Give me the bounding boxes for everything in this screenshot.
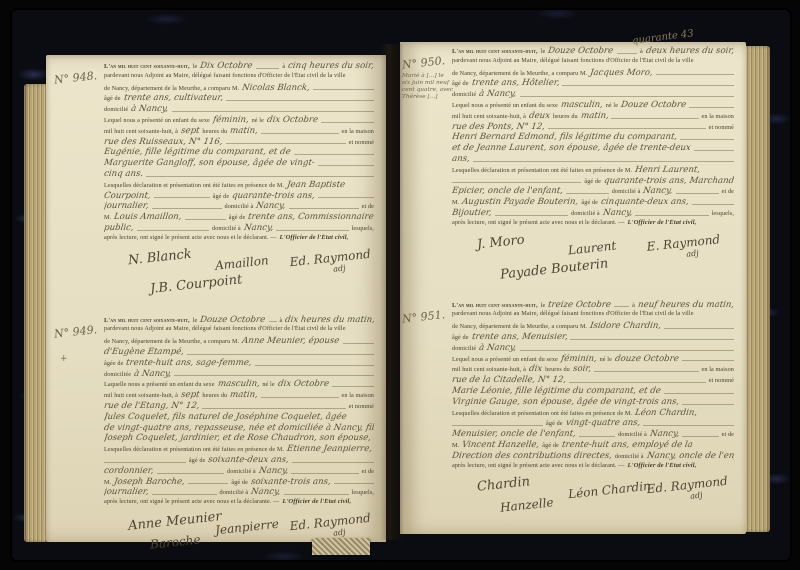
form-line: cinq ans. — [104, 169, 374, 180]
ruled-line — [682, 436, 718, 437]
ruled-line — [157, 473, 224, 474]
ruled-line — [570, 339, 734, 340]
printed-text: et de — [362, 468, 374, 475]
handwritten-text: matin, — [230, 126, 259, 136]
handwritten-text: Courpoint, — [104, 191, 151, 201]
form-line: ans, — [452, 154, 734, 165]
printed-text: et nommé — [709, 377, 734, 384]
ruled-line — [318, 165, 374, 166]
record-margin: N° 949. + — [46, 315, 104, 368]
handwritten-text: cordonnier, — [104, 466, 154, 476]
printed-text: Lesquelles déclaration et présentation o… — [104, 182, 284, 189]
handwritten-text: Henri Laurent, — [634, 165, 700, 175]
handwritten-text: Douze Octobre — [200, 315, 267, 325]
birth-record-949: N° 949. + L'an mil huit cent soixante-hu… — [46, 315, 386, 553]
form-line: rue des Ruisseaux, N° 116,et nommé — [104, 137, 374, 148]
printed-text: âgé de — [104, 95, 121, 102]
handwritten-text: Henri Bernard Edmond, fils légitime du c… — [452, 132, 678, 142]
handwritten-text: Nancy, — [251, 487, 282, 497]
handwritten-text: à Nancy, — [133, 369, 172, 379]
handwritten-text: et de Jeanne Laurent, son épouse, âgée d… — [452, 143, 691, 153]
signature: N. Blanck — [128, 246, 193, 268]
printed-text: Lequel nous a présenté un enfant du sexe — [452, 356, 558, 363]
handwritten-text: matin, — [230, 390, 259, 400]
printed-text: après lecture, ont signé le présent acte… — [452, 462, 625, 469]
ruled-line — [566, 193, 609, 194]
ruled-line — [680, 139, 734, 140]
record-lines: L'an mil huit cent soixante-huit,leDix O… — [104, 61, 374, 245]
ruled-line — [269, 321, 277, 322]
handwritten-text: Jean Baptiste — [286, 180, 345, 190]
printed-text: de Nancy, département de la Meurthe, a c… — [104, 85, 239, 92]
record-body: L'an mil huit cent soixante-huit,letreiz… — [452, 300, 746, 517]
record-lines: L'an mil huit cent soixante-huit,leDouze… — [452, 46, 734, 230]
ruled-line — [152, 208, 222, 209]
printed-text: après lecture, ont signé le présent acte… — [452, 219, 625, 226]
printed-text: âgé de — [229, 214, 246, 221]
signature-block: ChardinLéon ChardinEd. RaymondadjHanzell… — [452, 474, 734, 516]
handwritten-text: à Nancy, — [131, 104, 170, 114]
form-line: Lequel nous a présenté un enfant du sexe… — [452, 354, 734, 365]
signature: Anne Meunier — [128, 509, 223, 534]
handwritten-text: Léon Chardin, — [634, 408, 697, 418]
printed-text: L'an mil huit cent soixante-huit, — [104, 317, 190, 324]
printed-text: M. — [452, 199, 459, 206]
printed-text: né le — [600, 356, 612, 363]
form-line: mil huit cent soixante-huit, àseptheures… — [104, 126, 374, 137]
handwritten-text: Bijoutier, — [452, 208, 492, 218]
printed-text: à — [632, 302, 635, 309]
ruled-line — [255, 365, 374, 366]
handwritten-text: Marguerite Gangloff, son épouse, âgée de… — [104, 158, 315, 168]
handwritten-text: Douze Octobre — [548, 46, 615, 56]
handwritten-text: Nancy, — [256, 201, 287, 211]
printed-text: âgé de — [584, 178, 601, 185]
handwritten-text: soixante-deux ans, — [208, 455, 290, 465]
signature: Laurent — [567, 238, 616, 257]
ruled-line — [452, 182, 581, 183]
printed-text: L'Officier de l'État civil, — [282, 498, 351, 505]
ruled-line — [676, 193, 719, 194]
form-line: Joseph Coquelet, jardinier, et de Rose C… — [104, 433, 374, 444]
ruled-line — [289, 208, 359, 209]
handwritten-text: cinq heures du soir, — [287, 61, 374, 71]
ruled-line — [174, 375, 374, 376]
signature: Léon Chardin — [567, 479, 651, 502]
form-line: âgé detrente ans, cultivateur, — [104, 93, 374, 104]
handwritten-text: masculin, — [560, 100, 603, 110]
handwritten-text: Virginie Gauge, son épouse, âgée de ving… — [452, 397, 680, 407]
handwritten-text: Épicier, oncle de l'enfant, — [452, 186, 564, 196]
printed-text: de Nancy, département de la Meurthe, a c… — [104, 338, 239, 345]
form-line: rue de l'Étang, N° 12,et nommé — [104, 401, 374, 412]
form-line: domiciliéà Nancy, — [452, 343, 734, 354]
handwritten-text: Nancy, — [258, 466, 289, 476]
form-line: âgé desoixante-deux ans, — [104, 455, 374, 466]
ruled-line — [202, 408, 345, 409]
handwritten-text: douze Octobre — [614, 354, 679, 364]
handwritten-text: trente ans, Hôtelier, — [471, 78, 560, 88]
printed-text: âgé de — [452, 80, 469, 87]
ruled-line — [562, 85, 734, 86]
printed-text: mil huit cent soixante-huit, à — [104, 392, 178, 399]
printed-text: domicilié à — [227, 468, 256, 475]
printed-text: lesquels, — [712, 210, 734, 217]
printed-text: âgé de — [581, 199, 598, 206]
form-line: Lesquelles déclaration et présentation o… — [104, 180, 374, 191]
form-line: pardevant nous Adjoint au Maire, délégué… — [104, 325, 374, 336]
printed-text: né le — [606, 102, 618, 109]
ruled-line — [292, 462, 374, 463]
ruled-line — [187, 354, 374, 355]
handwritten-text: cinquante-deux ans, — [600, 197, 689, 207]
form-line: Jules Coquelet, fils naturel de Joséphin… — [104, 412, 374, 423]
ruled-line — [664, 328, 734, 329]
ruled-line — [473, 161, 734, 162]
handwritten-text: Jacques Moro, — [590, 68, 654, 78]
printed-text: Laquelle nous a présenté un enfant du se… — [104, 381, 215, 388]
ruled-line — [256, 68, 280, 69]
printed-text: le — [193, 63, 198, 70]
printed-text: mil huit cent soixante-huit, à — [452, 113, 526, 120]
ruled-line — [188, 483, 228, 484]
ruled-line — [261, 397, 339, 398]
page-edges-left — [24, 84, 46, 542]
handwritten-text: rue de la Citadelle, N° 12, — [452, 375, 567, 385]
birth-record-951: N° 951. L'an mil huit cent soixante-huit… — [400, 300, 746, 517]
birth-record-950: N° 950. Marié à [...] lesix juin mil neu… — [400, 46, 746, 290]
handwritten-text: public, — [104, 223, 134, 233]
form-line: L'an mil huit cent soixante-huit,leDouze… — [104, 315, 374, 326]
ruled-line — [313, 89, 374, 90]
ruled-line — [579, 436, 615, 437]
handwritten-text: de vingt-quatre ans, repasseuse, née et … — [104, 423, 374, 433]
printed-text: pardevant nous Adjoint au Maire, délégué… — [104, 72, 346, 79]
form-line: après lecture, ont signé le présent acte… — [452, 462, 734, 473]
signature: Hanzelle — [499, 496, 554, 516]
ruled-line — [520, 350, 734, 351]
form-line: mil huit cent soixante-huit, àdixheures … — [452, 364, 734, 375]
printed-text: domicilié à — [220, 489, 249, 496]
form-line: domiciliéà Nancy, — [104, 104, 374, 115]
printed-text: le — [541, 302, 546, 309]
handwritten-text: deux — [528, 111, 550, 121]
handwritten-text: Eugénie, fille légitime du comparant, et… — [104, 147, 291, 157]
handwritten-text: dix Octobre — [277, 379, 329, 389]
ruled-line — [154, 197, 210, 198]
form-line: L'an mil huit cent soixante-huit,letreiz… — [452, 300, 734, 311]
printed-text: domicilié à — [212, 225, 241, 232]
handwritten-text: deux heures du soir, — [645, 46, 734, 56]
margin-annotation: Marié à [...] lesix juin mil neufcent qu… — [402, 73, 452, 101]
ruled-line — [664, 393, 734, 394]
handwritten-text: Joseph Coquelet, jardinier, et de Rose C… — [104, 433, 374, 443]
printed-text: L'Officier de l'État civil, — [628, 219, 697, 226]
printed-text: après lecture, ont signé le présent acte… — [104, 234, 277, 241]
signature: Ed. Raymondadj — [646, 474, 729, 505]
handwritten-text: féminin, — [560, 354, 597, 364]
form-line: après lecture, ont signé le présent acte… — [104, 234, 374, 245]
record-number: N° 950. — [401, 53, 452, 71]
record-lines: L'an mil huit cent soixante-huit,letreiz… — [452, 300, 734, 473]
register-page-left: N° 948. L'an mil huit cent soixante-huit… — [46, 55, 386, 542]
ruled-line — [520, 96, 734, 97]
handwritten-text: Nancy, — [243, 223, 274, 233]
handwritten-text: Nicolas Blanck, — [242, 83, 311, 93]
printed-text: Lequel nous a présenté un enfant du sexe — [104, 117, 210, 124]
printed-text: domicilié à — [618, 431, 647, 438]
printed-text: Lesquelles déclaration et présentation o… — [104, 446, 284, 453]
printed-text: de Nancy, département de la Meurthe, a c… — [452, 323, 587, 330]
handwritten-text: Jules Coquelet, fils naturel de Joséphin… — [104, 412, 347, 422]
ruled-line — [452, 425, 543, 426]
form-line: âgé devingt-quatre ans, — [452, 418, 734, 429]
ruled-line — [152, 494, 217, 495]
ruled-line — [548, 128, 706, 129]
form-line: de Nancy, département de la Meurthe, a c… — [452, 68, 734, 79]
printed-text: âgé de — [213, 193, 230, 200]
printed-text: lesquels, — [352, 489, 374, 496]
handwritten-text: Isidore Chardin, — [590, 321, 662, 331]
printed-text: domicilié à — [615, 453, 644, 460]
printed-text: lesquels, — [352, 225, 374, 232]
ruled-line — [318, 197, 374, 198]
record-body: L'an mil huit cent soixante-huit,leDouze… — [452, 46, 746, 290]
printed-text: né le — [262, 381, 274, 388]
ruled-line — [635, 215, 708, 216]
printed-text: en la maison — [702, 366, 734, 373]
handwritten-text: dix heures du matin, — [285, 315, 374, 325]
handwritten-text: Nancy, — [649, 429, 680, 439]
form-line: de Nancy, département de la Meurthe, a c… — [104, 336, 374, 347]
form-line: Marie Léonie, fille légitime du comparan… — [452, 386, 734, 397]
handwritten-text: Étienne Jeanpierre, — [286, 444, 372, 454]
form-line: journalier,domicilié àNancy,lesquels, — [104, 487, 374, 498]
signature-block: J. MoroLaurentE. RaymondadjPayade Bouter… — [452, 232, 734, 290]
form-line: rue de la Citadelle, N° 12,et nommé — [452, 375, 734, 386]
handwritten-text: féminin, — [212, 115, 249, 125]
form-line: âgée detrente-huit ans, sage-femme, — [104, 358, 374, 369]
handwritten-text: rue de l'Étang, N° 12, — [104, 401, 200, 411]
printed-text: pardevant nous Adjoint au Maire, délégué… — [452, 57, 694, 64]
ruled-line — [291, 473, 358, 474]
ruled-line — [146, 176, 374, 177]
handwritten-text: trente ans, cultivateur, — [123, 93, 224, 103]
printed-text: en la maison — [342, 128, 374, 135]
printed-text: âgée de — [104, 360, 123, 367]
handwritten-text: soir, — [572, 364, 592, 374]
handwritten-text: matin, — [580, 111, 609, 121]
ruled-line — [495, 215, 568, 216]
signature-subscript: adj — [299, 259, 381, 276]
ruled-line — [185, 219, 226, 220]
signature: Payade Bouterin — [499, 256, 609, 282]
handwritten-text: Nancy, — [643, 186, 674, 196]
handwritten-text: dix Octobre — [266, 115, 318, 125]
form-line: Lesquelles déclaration et présentation o… — [452, 408, 734, 419]
handwritten-text: Joseph Baroche, — [114, 477, 186, 487]
bookmark-ribbon — [312, 538, 370, 555]
ruled-line — [284, 494, 349, 495]
handwritten-text: d'Eugène Étampé, — [104, 347, 185, 357]
form-line: mil huit cent soixante-huit, àdeuxheures… — [452, 111, 734, 122]
printed-text: le — [193, 317, 198, 324]
ruled-line — [294, 154, 374, 155]
printed-text: âgé de — [231, 479, 248, 486]
signature: J.B. Courpoint — [149, 272, 242, 297]
margin-annotation-line: Thérèse [...] — [402, 94, 452, 101]
printed-text: M. — [104, 479, 111, 486]
printed-text: en la maison — [702, 113, 734, 120]
ruled-line — [694, 150, 734, 151]
ruled-line — [137, 230, 209, 231]
form-line: pardevant nous Adjoint au Maire, délégué… — [452, 310, 734, 321]
handwritten-text: sept — [180, 126, 200, 136]
ruled-line — [172, 111, 374, 112]
record-number: N° 951. — [401, 307, 452, 325]
handwritten-text: vingt-quatre ans, — [565, 418, 641, 428]
printed-text: domicilié à — [612, 188, 641, 195]
printed-text: le — [541, 48, 546, 55]
record-margin: N° 951. — [400, 300, 452, 339]
handwritten-text: rue des Ruisseaux, N° 116, — [104, 137, 223, 147]
printed-text: Lesquelles déclaration et présentation o… — [452, 410, 632, 417]
printed-text: mil huit cent soixante-huit, à — [452, 366, 526, 373]
printed-text: Lesquelles déclaration et présentation o… — [452, 167, 632, 174]
handwritten-text: quarante-trois ans, Marchand — [603, 176, 734, 186]
form-line: domiciliéeà Nancy, — [104, 369, 374, 380]
handwritten-text: Louis Amaillon, — [114, 212, 183, 222]
ruled-line — [617, 53, 637, 54]
ruled-line — [334, 483, 374, 484]
handwritten-text: trente-huit ans, employé de la — [561, 440, 693, 450]
handwritten-text: trente ans, Menuisier, — [471, 332, 568, 342]
ruled-line — [682, 404, 734, 405]
handwritten-text: ans, — [452, 154, 471, 164]
form-line: de Nancy, département de la Meurthe, a c… — [104, 83, 374, 94]
printed-text: L'an mil huit cent soixante-huit, — [452, 48, 538, 55]
printed-text: âgé de — [189, 457, 206, 464]
record-margin: N° 948. — [46, 61, 104, 100]
printed-text: L'Officier de l'État civil, — [280, 234, 349, 241]
form-line: mil huit cent soixante-huit, àseptheures… — [104, 390, 374, 401]
ruled-line — [611, 118, 698, 119]
printed-text: en la maison — [342, 392, 374, 399]
form-line: après lecture, ont signé le présent acte… — [104, 498, 374, 509]
form-line: domiciliéà Nancy, — [452, 89, 734, 100]
printed-text: après lecture, ont signé le présent acte… — [104, 498, 279, 505]
printed-text: domiciliée — [104, 371, 131, 378]
ruled-line — [332, 386, 374, 387]
ruled-line — [614, 306, 629, 307]
signature: Chardin — [477, 475, 531, 495]
form-line: âgé dequarante-trois ans, Marchand — [452, 176, 734, 187]
margin-mark: + — [54, 354, 104, 364]
printed-text: M. — [104, 214, 111, 221]
form-line: Épicier, oncle de l'enfant,domicilié àNa… — [452, 186, 734, 197]
margin-annotation-line: cent quatre, avec — [402, 87, 452, 94]
form-line: de Nancy, département de la Meurthe, a c… — [452, 321, 734, 332]
form-line: M.Louis Amaillon,âgé detrente ans, Commi… — [104, 212, 374, 223]
page-edges-right — [746, 46, 770, 532]
printed-text: de Nancy, département de la Meurthe, a c… — [452, 70, 587, 77]
handwritten-text: Anne Meunier, épouse — [242, 336, 341, 346]
printed-text: M. — [452, 442, 459, 449]
form-line: pardevant nous Adjoint au Maire, délégué… — [452, 57, 734, 68]
ruled-line — [321, 122, 374, 123]
signature: Jeanpierre — [214, 517, 279, 538]
ruled-line — [682, 360, 734, 361]
printed-text: heures du — [202, 128, 227, 135]
form-line: âgé detrente ans, Hôtelier, — [452, 78, 734, 89]
form-line: Marguerite Gangloff, son épouse, âgée de… — [104, 158, 374, 169]
handwritten-text: Nancy, oncle de l'enfant, — [646, 451, 734, 461]
ruled-line — [226, 100, 374, 101]
handwritten-text: trente-huit ans, sage-femme, — [126, 358, 253, 368]
handwritten-text: Nancy, — [602, 208, 633, 218]
ruled-line — [261, 133, 339, 134]
handwritten-text: trente ans, Commissionnaire — [248, 212, 374, 222]
handwritten-text: dix — [528, 364, 543, 374]
printed-text: Lequel nous a présenté un enfant du sexe — [452, 102, 558, 109]
record-body: L'an mil huit cent soixante-huit,leDix O… — [104, 61, 386, 305]
printed-text: pardevant nous Adjoint au Maire, délégué… — [104, 325, 346, 332]
printed-text: âgé de — [546, 420, 563, 427]
form-line: Bijoutier,domicilié àNancy,lesquels, — [452, 208, 734, 219]
handwritten-text: à Nancy, — [479, 89, 518, 99]
ruled-line — [569, 382, 705, 383]
register-page-right: quarante 43 N° 950. Marié à [...] lesix … — [400, 42, 746, 534]
form-line: Laquelle nous a présenté un enfant du se… — [104, 379, 374, 390]
form-line: Lesquelles déclaration et présentation o… — [104, 444, 374, 455]
printed-text: et nommé — [349, 403, 374, 410]
printed-text: et nommé — [709, 124, 734, 131]
printed-text: à — [282, 63, 285, 70]
form-line: rue des Ponts, N° 12,et nommé — [452, 122, 734, 133]
handwritten-text: soixante-trois ans, — [250, 477, 331, 487]
ruled-line — [643, 425, 734, 426]
record-number: N° 949. — [53, 322, 104, 340]
printed-text: heures du — [202, 392, 227, 399]
form-line: M.Vincent Hanzelle,âgé detrente-huit ans… — [452, 440, 734, 451]
form-line: cordonnier,domicilié àNancy,et de — [104, 466, 374, 477]
printed-text: né le — [252, 117, 264, 124]
form-line: de vingt-quatre ans, repasseuse, née et … — [104, 423, 374, 434]
handwritten-text: sept — [180, 390, 200, 400]
form-line: pardevant nous Adjoint au Maire, délégué… — [104, 72, 374, 83]
ruled-line — [226, 143, 346, 144]
handwritten-text: journalier, — [104, 201, 149, 211]
printed-text: L'an mil huit cent soixante-huit, — [104, 63, 190, 70]
handwritten-text: Vincent Hanzelle, — [462, 440, 540, 450]
printed-text: domicilié à — [225, 203, 254, 210]
handwritten-text: Menuisier, oncle de l'enfant, — [452, 429, 576, 439]
handwritten-text: neuf heures du matin, — [637, 300, 734, 310]
printed-text: âgé de — [452, 334, 469, 341]
ruled-line — [343, 343, 374, 344]
form-line: Lesquelles déclaration et présentation o… — [452, 165, 734, 176]
form-line: âgé detrente ans, Menuisier, — [452, 332, 734, 343]
form-line: L'an mil huit cent soixante-huit,leDouze… — [452, 46, 734, 57]
signature: E. Raymondadj — [646, 232, 722, 263]
margin-annotation-line: six juin mil neuf — [402, 80, 452, 87]
form-line: public,domicilié àNancy,lesquels, — [104, 223, 374, 234]
printed-text: et de — [722, 188, 734, 195]
form-line: journalier,domicilié àNancy,et de — [104, 201, 374, 212]
ruled-line — [689, 107, 734, 108]
printed-text: domicilié — [452, 91, 476, 98]
handwritten-text: rue des Ponts, N° 12, — [452, 122, 546, 132]
